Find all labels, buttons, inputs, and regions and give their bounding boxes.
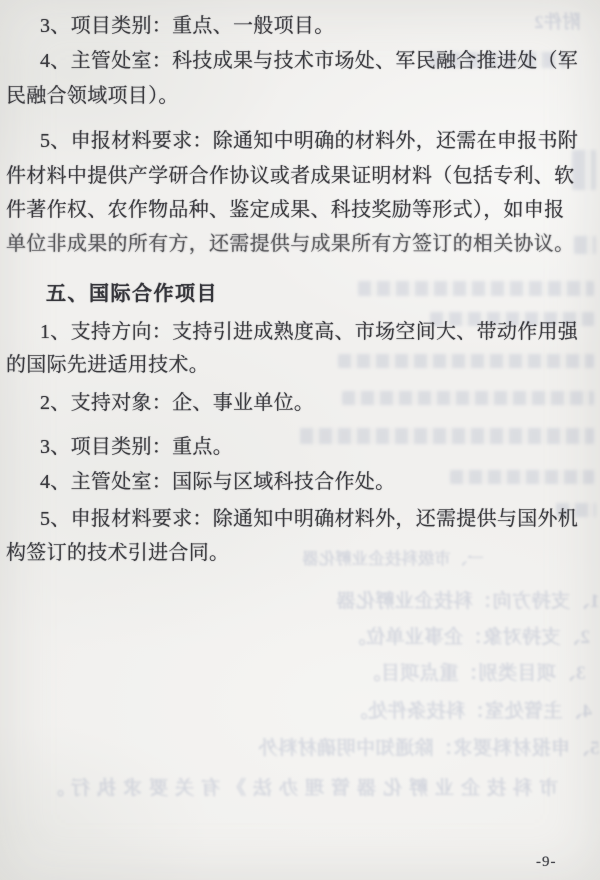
- bleedthrough-text: 1、支持方向：科技企业孵化器: [336, 586, 600, 613]
- document-line: 4、主管处室：国际与区域科技合作处。: [40, 469, 395, 495]
- document-line: 的国际先进适用技术。: [6, 352, 209, 378]
- bleedthrough-text: 3、项目类别：重点项目。: [361, 658, 586, 685]
- bleedthrough-smudge: [450, 470, 594, 484]
- bleedthrough-smudge: [572, 150, 596, 190]
- bleedthrough-smudge: [342, 391, 594, 405]
- document-line: 4、主管处室：科技成果与技术市场处、军民融合推进处（军: [40, 48, 578, 74]
- document-line: 2、支持对象：企、事业单位。: [40, 390, 314, 416]
- document-line: 构签订的技术引进合同。: [6, 540, 229, 566]
- bleedthrough-text: 市科技企业孵化器管理办法》有关要求执行。: [38, 773, 558, 800]
- bleedthrough-text: 附件2: [534, 8, 581, 34]
- document-line: 件材料中提供产学研合作协议或者成果证明材料（包括专利、软: [6, 163, 574, 189]
- bleedthrough-text: 5、申报材料要求：除通知中明确材料外: [258, 733, 600, 760]
- bleedthrough-smudge: [300, 428, 594, 444]
- document-line: 3、项目类别：重点。: [40, 434, 233, 460]
- bleedthrough-smudge: [338, 354, 594, 368]
- section-heading: 五、国际合作项目: [46, 281, 218, 307]
- document-line: 5、申报材料要求：除通知中明确材料外，还需提供与国外机: [40, 506, 578, 532]
- scanned-document-page: 附件2 一、市级科技企业孵化器 1、支持方向：科技企业孵化器 2、支持对象：企事…: [0, 0, 600, 880]
- bleedthrough-smudge: [574, 236, 596, 254]
- page-number: -9-: [536, 854, 557, 871]
- document-line: 3、项目类别：重点、一般项目。: [40, 13, 335, 39]
- document-line: 5、申报材料要求：除通知中明确的材料外，还需在申报书附: [40, 128, 578, 154]
- document-line: 1、支持方向：支持引进成熟度高、市场空间大、带动作用强: [40, 319, 578, 345]
- bleedthrough-text: 2、支持对象：企事业单位。: [346, 622, 590, 649]
- document-line: 单位非成果的所有方，还需提供与成果所有方签订的相关协议。: [6, 231, 574, 257]
- bleedthrough-smudge: [358, 281, 594, 296]
- bleedthrough-text: 一、市级科技企业孵化器: [302, 546, 484, 569]
- document-line: 件著作权、农作物品种、鉴定成果、科技奖励等形式），如申报: [6, 197, 564, 223]
- bleedthrough-text: 4、主管处室：科技条件处。: [348, 696, 592, 723]
- document-line: 民融合领域项目）。: [6, 83, 179, 109]
